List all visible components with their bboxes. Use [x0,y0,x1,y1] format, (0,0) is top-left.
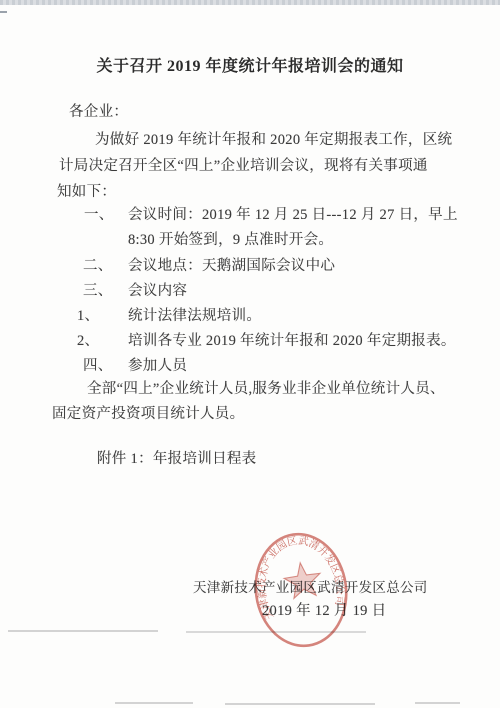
signature-company: 天津新技术产业园区武清开发区总公司 [193,578,428,597]
list-item-3: 会议内容 [128,282,187,301]
scan-artifact-streak [8,630,158,632]
list-item-5: 培训各专业 2019 年统计年报和 2020 年定期报表。 [128,332,456,351]
intro-line-1: 为做好 2019 年统计年报和 2020 年定期报表工作，区统 [95,131,452,150]
doc-title: 关于召开 2019 年度统计年报培训会的通知 [0,53,500,76]
participants-line-2: 固定资产投资项目统计人员。 [52,405,244,424]
signature-date: 2019 年 12 月 19 日 [262,602,386,621]
list-item-6: 参加人员 [128,357,187,376]
scanned-notice-page: 关于召开 2019 年度统计年报培训会的通知 各企业： 为做好 2019 年统计… [0,0,500,708]
scan-artifact-left-dash [0,11,7,13]
scan-artifact-streak [225,703,375,705]
intro-line-2: 计局决定召开全区“四上”企业培训会议，现将有关事项通 [59,157,428,176]
list-item-2: 会议地点：天鹅湖国际会议中心 [128,257,335,276]
list-item-1-line-2: 8:30 开始签到，9 点准时开会。 [128,231,333,250]
scan-artifact-top-band [0,0,500,5]
attachment-line: 附件 1：年报培训日程表 [97,450,256,469]
list-marker-1: 一、 [84,206,114,225]
list-marker-5: 2、 [77,332,99,351]
salutation: 各企业： [69,103,128,122]
scan-artifact-streak [115,702,193,704]
list-marker-4: 1、 [77,307,99,326]
scan-artifact-streak [186,631,366,633]
list-item-1-line-1: 会议时间：2019 年 12 月 25 日---12 月 27 日，早上 [128,206,458,225]
list-item-4: 统计法律法规培训。 [128,307,261,326]
list-marker-3: 三、 [83,282,113,301]
participants-line-1: 全部“四上”企业统计人员,服务业非企业单位统计人员、 [87,380,445,399]
list-marker-6: 四、 [83,357,113,376]
scan-artifact-streak [415,702,460,704]
list-marker-2: 二、 [83,257,113,276]
intro-line-3: 知如下： [57,183,116,202]
